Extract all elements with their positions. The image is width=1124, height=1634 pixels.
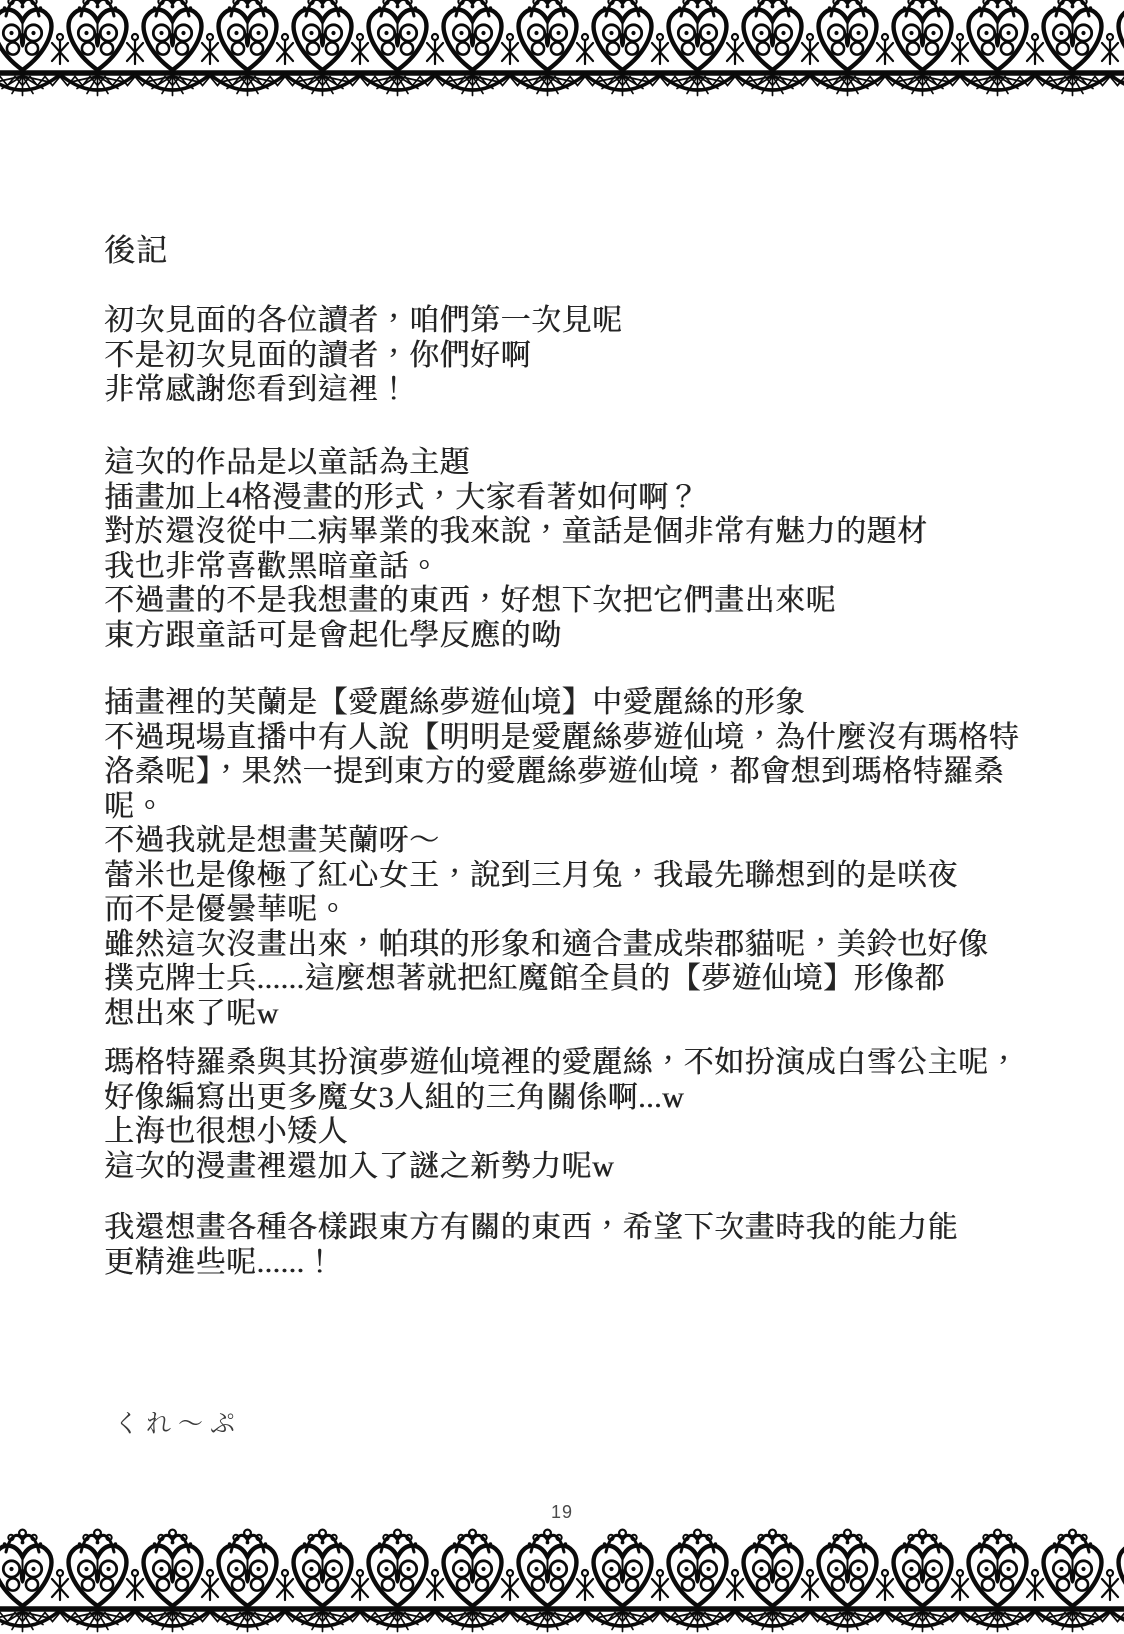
- artist-signature: くれ～ぷ: [114, 1404, 242, 1440]
- afterword-paragraph-alice: 插畫裡的芙蘭是【愛麗絲夢遊仙境】中愛麗絲的形象 不過現場直播中有人說【明明是愛麗…: [104, 686, 1094, 1031]
- bottom-lace-border-icon: [0, 1526, 1124, 1634]
- afterword-page: 後記 初次見面的各位讀者，咱們第一次見呢 不是初次見面的讀者，你們好啊 非常感謝…: [0, 0, 1124, 1634]
- page-number: 19: [0, 1502, 1124, 1523]
- afterword-paragraph-greeting: 初次見面的各位讀者，咱們第一次見呢 不是初次見面的讀者，你們好啊 非常感謝您看到…: [104, 304, 1094, 408]
- lace-pattern-fill: [0, 1526, 1124, 1634]
- afterword-paragraph-margatroid: 瑪格特羅桑與其扮演夢遊仙境裡的愛麗絲，不如扮演成白雪公主呢， 好像編寫出更多魔女…: [104, 1046, 1094, 1184]
- afterword-paragraph-theme: 這次的作品是以童話為主題 插畫加上4格漫畫的形式，大家看著如何啊？ 對於還沒從中…: [104, 446, 1094, 653]
- lace-pattern-fill: [0, 0, 1124, 102]
- top-lace-border-icon: [0, 0, 1124, 102]
- afterword-title: 後記: [104, 234, 168, 268]
- afterword-paragraph-closing: 我還想畫各種各樣跟東方有關的東西，希望下次畫時我的能力能 更精進些呢......…: [104, 1211, 1094, 1280]
